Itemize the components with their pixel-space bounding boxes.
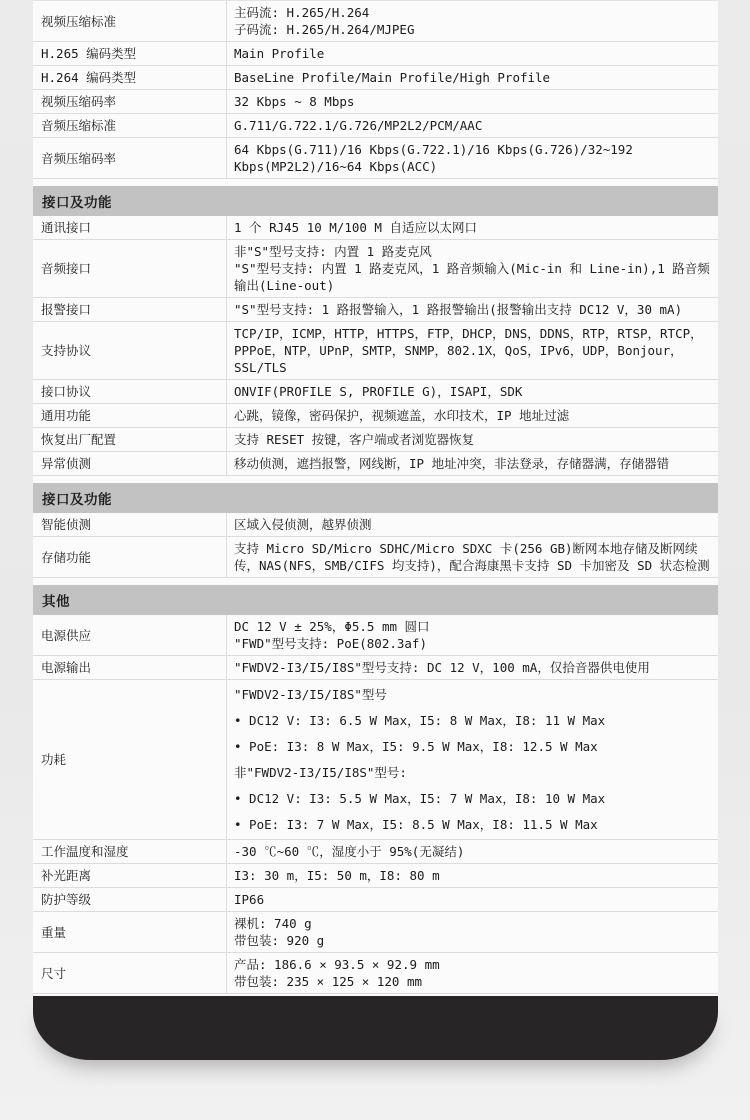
spec-row-value: 64 Kbps(G.711)/16 Kbps(G.722.1)/16 Kbps(… [227, 138, 718, 178]
spec-row: 恢复出厂配置支持 RESET 按键，客户端或者浏览器恢复 [33, 428, 718, 452]
spec-row-value: 裸机: 740 g带包装: 920 g [227, 912, 718, 952]
section-header: 其他 [33, 585, 718, 615]
spec-value-line: • DC12 V: I3: 5.5 W Max，I5: 7 W Max，I8: … [234, 790, 711, 807]
spec-row-value: "FWDV2-I3/I5/I8S"型号支持: DC 12 V，100 mA，仅拾… [227, 656, 718, 679]
spec-row: 通用功能心跳，镜像，密码保护，视频遮盖，水印技术，IP 地址过滤 [33, 404, 718, 428]
spec-label-text: 重量 [41, 924, 66, 941]
spec-row-label: 电源输出 [33, 656, 227, 679]
spec-label-text: 存储功能 [41, 549, 91, 566]
section-header: 接口及功能 [33, 483, 718, 513]
spec-label-text: 电源供应 [41, 627, 91, 644]
spec-row: H.265 编码类型Main Profile [33, 42, 718, 66]
spec-row-label: H.265 编码类型 [33, 42, 227, 65]
spec-row-label: 工作温度和湿度 [33, 840, 227, 863]
spec-label-text: H.264 编码类型 [41, 69, 136, 86]
spec-row: 支持协议TCP/IP，ICMP，HTTP，HTTPS，FTP，DHCP，DNS，… [33, 322, 718, 380]
spec-row-label: 恢复出厂配置 [33, 428, 227, 451]
spec-value-line: Main Profile [234, 45, 711, 62]
spec-row-value: -30 ℃~60 ℃，湿度小于 95%(无凝结) [227, 840, 718, 863]
spec-label-text: 接口协议 [41, 383, 91, 400]
spec-row-label: 通用功能 [33, 404, 227, 427]
spec-row: 智能侦测区域入侵侦测，越界侦测 [33, 513, 718, 537]
spec-card: 视频压缩标准主码流: H.265/H.264子码流: H.265/H.264/M… [33, 0, 718, 1060]
spec-label-text: 智能侦测 [41, 516, 91, 533]
spec-row: 补光距离I3: 30 m，I5: 50 m，I8: 80 m [33, 864, 718, 888]
spec-row: 尺寸产品: 186.6 × 93.5 × 92.9 mm带包装: 235 × 1… [33, 953, 718, 994]
spec-row-value: 支持 Micro SD/Micro SDHC/Micro SDXC 卡(256 … [227, 537, 718, 577]
spec-value-line: -30 ℃~60 ℃，湿度小于 95%(无凝结) [234, 843, 711, 860]
spec-value-line: "S"型号支持: 1 路报警输入，1 路报警输出(报警输出支持 DC12 V，3… [234, 301, 711, 318]
spec-value-line: "FWDV2-I3/I5/I8S"型号 [234, 686, 711, 703]
spec-row: 音频接口非"S"型号支持: 内置 1 路麦克风"S"型号支持: 内置 1 路麦克… [33, 240, 718, 298]
spec-value-line: G.711/G.722.1/G.726/MP2L2/PCM/AAC [234, 117, 711, 134]
spec-row-value: IP66 [227, 888, 718, 911]
spec-row: 功耗"FWDV2-I3/I5/I8S"型号• DC12 V: I3: 6.5 W… [33, 680, 718, 840]
spec-row-value: 非"S"型号支持: 内置 1 路麦克风"S"型号支持: 内置 1 路麦克风，1 … [227, 240, 718, 297]
spec-value-line: 区域入侵侦测，越界侦测 [234, 516, 711, 533]
spec-row-value: 支持 RESET 按键，客户端或者浏览器恢复 [227, 428, 718, 451]
spec-value-line: 32 Kbps ~ 8 Mbps [234, 93, 711, 110]
spec-row-value: TCP/IP，ICMP，HTTP，HTTPS，FTP，DHCP，DNS，DDNS… [227, 322, 718, 379]
spec-label-text: 音频压缩码率 [41, 150, 116, 167]
spec-value-line: 带包装: 235 × 125 × 120 mm [234, 973, 711, 990]
spec-value-line: 带包装: 920 g [234, 932, 711, 949]
spec-label-text: 支持协议 [41, 342, 91, 359]
spec-row-label: 接口协议 [33, 380, 227, 403]
spec-label-text: H.265 编码类型 [41, 45, 136, 62]
spec-label-text: 恢复出厂配置 [41, 431, 116, 448]
spec-row: 接口协议ONVIF(PROFILE S, PROFILE G)，ISAPI，SD… [33, 380, 718, 404]
spec-row-label: 音频接口 [33, 240, 227, 297]
section-header: 接口及功能 [33, 186, 718, 216]
spec-value-line: BaseLine Profile/Main Profile/High Profi… [234, 69, 711, 86]
spec-label-text: 通用功能 [41, 407, 91, 424]
spec-row-value: DC 12 V ± 25%，Φ5.5 mm 圆口"FWD"型号支持: PoE(8… [227, 615, 718, 655]
spec-row: 电源输出"FWDV2-I3/I5/I8S"型号支持: DC 12 V，100 m… [33, 656, 718, 680]
spec-row-value: 移动侦测，遮挡报警，网线断，IP 地址冲突，非法登录，存储器满，存储器错 [227, 452, 718, 475]
spec-label-text: 防护等级 [41, 891, 91, 908]
spec-row-value: 32 Kbps ~ 8 Mbps [227, 90, 718, 113]
spec-value-line: IP66 [234, 891, 711, 908]
spec-value-line: 支持 RESET 按键，客户端或者浏览器恢复 [234, 431, 711, 448]
spec-value-line: 移动侦测，遮挡报警，网线断，IP 地址冲突，非法登录，存储器满，存储器错 [234, 455, 711, 472]
spec-value-line: 子码流: H.265/H.264/MJPEG [234, 21, 711, 38]
spec-row: 重量裸机: 740 g带包装: 920 g [33, 912, 718, 953]
section-header-label: 其他 [42, 590, 70, 610]
spec-label-text: 音频接口 [41, 260, 91, 277]
spec-row: 异常侦测移动侦测，遮挡报警，网线断，IP 地址冲突，非法登录，存储器满，存储器错 [33, 452, 718, 476]
spec-row-label: 支持协议 [33, 322, 227, 379]
spec-value-line: 非"S"型号支持: 内置 1 路麦克风 [234, 243, 711, 260]
spec-row-label: 异常侦测 [33, 452, 227, 475]
spec-row-label: 视频压缩标准 [33, 1, 227, 41]
spec-row-value: I3: 30 m，I5: 50 m，I8: 80 m [227, 864, 718, 887]
spec-label-text: 电源输出 [41, 659, 91, 676]
spec-value-line: 支持 Micro SD/Micro SDHC/Micro SDXC 卡(256 … [234, 540, 711, 574]
spec-row-label: 存储功能 [33, 537, 227, 577]
spec-row-label: 视频压缩码率 [33, 90, 227, 113]
spec-value-line: "FWDV2-I3/I5/I8S"型号支持: DC 12 V，100 mA，仅拾… [234, 659, 711, 676]
spec-label-text: 通讯接口 [41, 219, 91, 236]
spec-value-line: • PoE: I3: 7 W Max，I5: 8.5 W Max，I8: 11.… [234, 816, 711, 833]
spec-row-value: "FWDV2-I3/I5/I8S"型号• DC12 V: I3: 6.5 W M… [227, 680, 718, 839]
spec-row-value: 区域入侵侦测，越界侦测 [227, 513, 718, 536]
spec-row-label: 电源供应 [33, 615, 227, 655]
spec-value-line: 心跳，镜像，密码保护，视频遮盖，水印技术，IP 地址过滤 [234, 407, 711, 424]
spec-row-value: G.711/G.722.1/G.726/MP2L2/PCM/AAC [227, 114, 718, 137]
spec-row-value: 1 个 RJ45 10 M/100 M 自适应以太网口 [227, 216, 718, 239]
spec-value-line: "S"型号支持: 内置 1 路麦克风，1 路音频输入(Mic-in 和 Line… [234, 260, 711, 294]
spec-value-line: 64 Kbps(G.711)/16 Kbps(G.722.1)/16 Kbps(… [234, 141, 711, 175]
spec-row: 通讯接口1 个 RJ45 10 M/100 M 自适应以太网口 [33, 216, 718, 240]
spec-row: 电源供应DC 12 V ± 25%，Φ5.5 mm 圆口"FWD"型号支持: P… [33, 615, 718, 656]
section-header-label: 接口及功能 [42, 191, 112, 211]
spec-label-text: 异常侦测 [41, 455, 91, 472]
spec-row: 视频压缩码率32 Kbps ~ 8 Mbps [33, 90, 718, 114]
spec-value-line: 1 个 RJ45 10 M/100 M 自适应以太网口 [234, 219, 711, 236]
spec-row: 报警接口"S"型号支持: 1 路报警输入，1 路报警输出(报警输出支持 DC12… [33, 298, 718, 322]
spec-table: 视频压缩标准主码流: H.265/H.264子码流: H.265/H.264/M… [33, 0, 718, 996]
spec-value-line: ONVIF(PROFILE S, PROFILE G)，ISAPI，SDK [234, 383, 711, 400]
spec-value-line: "FWD"型号支持: PoE(802.3af) [234, 635, 711, 652]
spec-row: 工作温度和湿度-30 ℃~60 ℃，湿度小于 95%(无凝结) [33, 840, 718, 864]
spec-value-line: • PoE: I3: 8 W Max，I5: 9.5 W Max，I8: 12.… [234, 738, 711, 755]
spec-row-value: 主码流: H.265/H.264子码流: H.265/H.264/MJPEG [227, 1, 718, 41]
spec-row-label: 补光距离 [33, 864, 227, 887]
card-footer-shape [33, 996, 718, 1060]
section-header-label: 接口及功能 [42, 488, 112, 508]
spec-label-text: 报警接口 [41, 301, 91, 318]
spec-row-label: 通讯接口 [33, 216, 227, 239]
spec-value-line: 裸机: 740 g [234, 915, 711, 932]
spec-label-text: 补光距离 [41, 867, 91, 884]
spec-label-text: 工作温度和湿度 [41, 843, 129, 860]
spec-row-value: 心跳，镜像，密码保护，视频遮盖，水印技术，IP 地址过滤 [227, 404, 718, 427]
spec-value-line: 产品: 186.6 × 93.5 × 92.9 mm [234, 956, 711, 973]
spec-row-label: 尺寸 [33, 953, 227, 993]
spec-row: 存储功能支持 Micro SD/Micro SDHC/Micro SDXC 卡(… [33, 537, 718, 578]
spec-row: 音频压缩标准G.711/G.722.1/G.726/MP2L2/PCM/AAC [33, 114, 718, 138]
spec-value-line: DC 12 V ± 25%，Φ5.5 mm 圆口 [234, 618, 711, 635]
spec-row: 音频压缩码率64 Kbps(G.711)/16 Kbps(G.722.1)/16… [33, 138, 718, 179]
spec-label-text: 视频压缩标准 [41, 13, 116, 30]
spec-row-label: 防护等级 [33, 888, 227, 911]
spec-row-value: 产品: 186.6 × 93.5 × 92.9 mm带包装: 235 × 125… [227, 953, 718, 993]
spec-row-label: 重量 [33, 912, 227, 952]
spec-value-line: 主码流: H.265/H.264 [234, 4, 711, 21]
spec-row-value: Main Profile [227, 42, 718, 65]
spec-row-label: 功耗 [33, 680, 227, 839]
spec-row: H.264 编码类型BaseLine Profile/Main Profile/… [33, 66, 718, 90]
spec-row-label: 音频压缩标准 [33, 114, 227, 137]
spec-row: 视频压缩标准主码流: H.265/H.264子码流: H.265/H.264/M… [33, 1, 718, 42]
spec-row-label: 报警接口 [33, 298, 227, 321]
spec-row-value: "S"型号支持: 1 路报警输入，1 路报警输出(报警输出支持 DC12 V，3… [227, 298, 718, 321]
spec-row-label: 智能侦测 [33, 513, 227, 536]
spec-value-line: TCP/IP，ICMP，HTTP，HTTPS，FTP，DHCP，DNS，DDNS… [234, 325, 711, 376]
spec-label-text: 功耗 [41, 751, 66, 768]
spec-row-value: BaseLine Profile/Main Profile/High Profi… [227, 66, 718, 89]
spec-value-line: 非"FWDV2-I3/I5/I8S"型号: [234, 764, 711, 781]
spec-label-text: 音频压缩标准 [41, 117, 116, 134]
spec-label-text: 尺寸 [41, 965, 66, 982]
spec-value-line: • DC12 V: I3: 6.5 W Max，I5: 8 W Max，I8: … [234, 712, 711, 729]
spec-row-label: H.264 编码类型 [33, 66, 227, 89]
spec-row-label: 音频压缩码率 [33, 138, 227, 178]
spec-row-value: ONVIF(PROFILE S, PROFILE G)，ISAPI，SDK [227, 380, 718, 403]
spec-row: 防护等级IP66 [33, 888, 718, 912]
spec-label-text: 视频压缩码率 [41, 93, 116, 110]
spec-value-line: I3: 30 m，I5: 50 m，I8: 80 m [234, 867, 711, 884]
